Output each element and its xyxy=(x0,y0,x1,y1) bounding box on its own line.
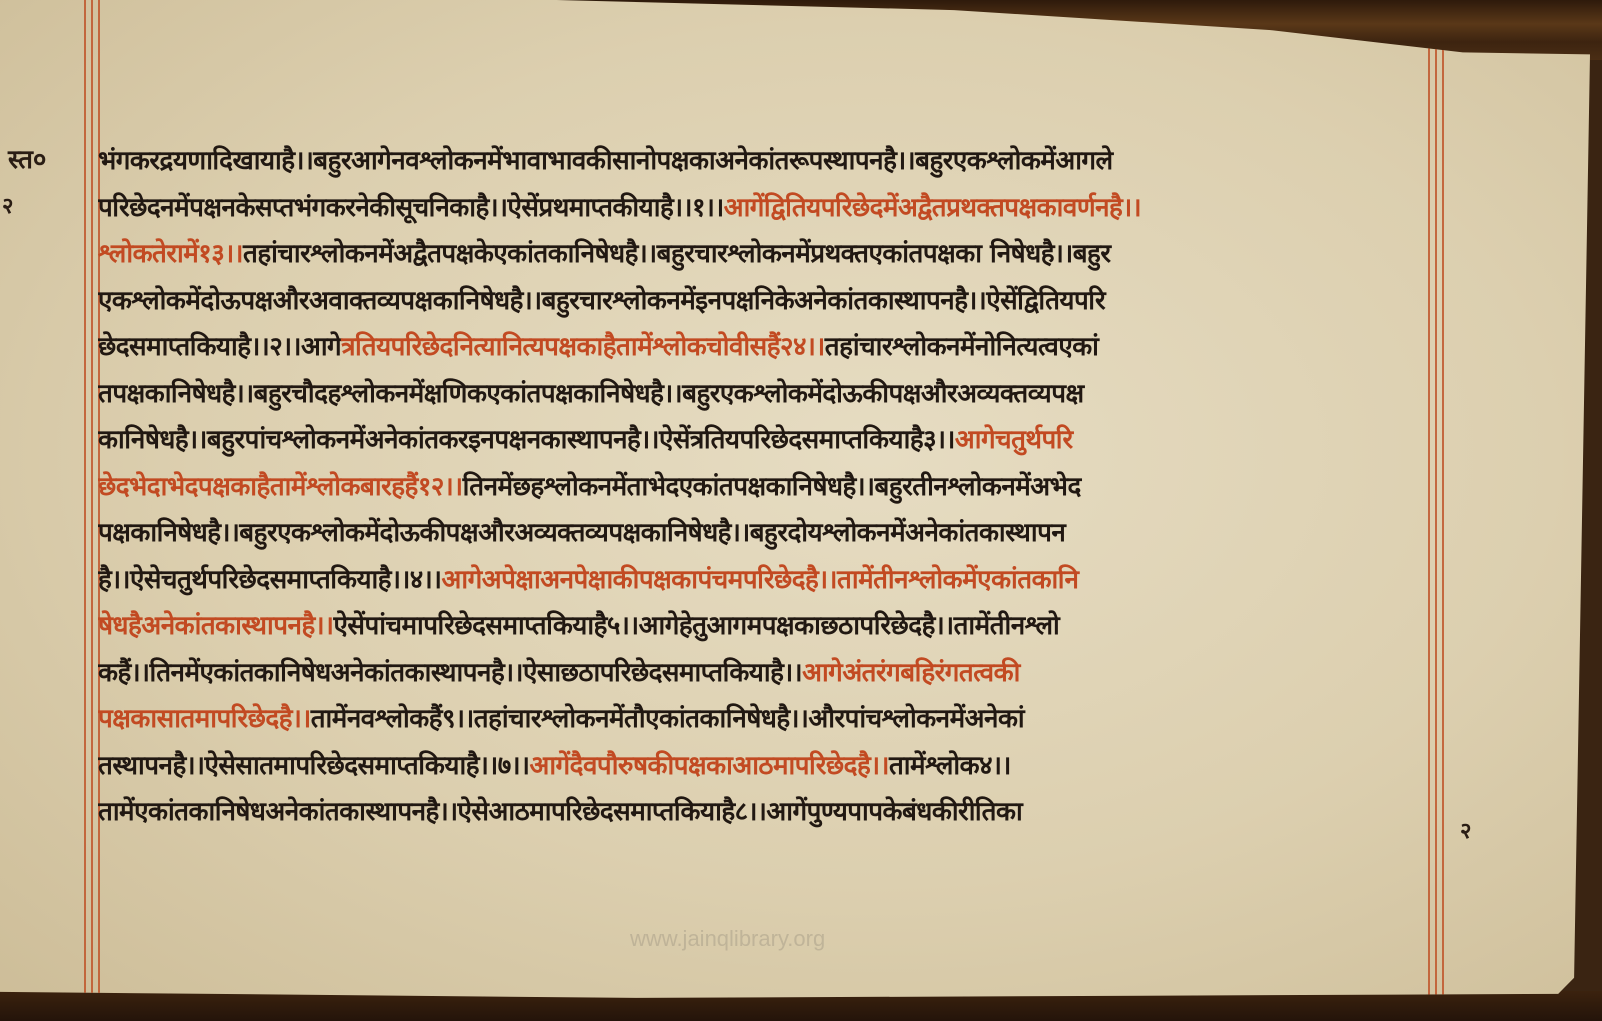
manuscript-line: है।।ऐसेचतुर्थपरिछेदसमाप्तकियाहै।।४।।आगेअ… xyxy=(98,557,1428,604)
body-text: तिनमेंछहश्लोकनमेंताभेदएकांतपक्षकानिषेधहै… xyxy=(463,472,1081,502)
left-border-rule xyxy=(91,0,93,1008)
body-text: तपक्षकानिषेधहै।।बहुरचौदहश्लोकनमेंक्षणिकए… xyxy=(98,379,1084,409)
manuscript-line: कानिषेधहै।।बहुरपांचश्लोकनमेंअनेकांतकरइनप… xyxy=(98,417,1428,464)
rubric-text: आगेअंतरंगबहिरंगतत्वकी xyxy=(802,658,1020,688)
body-text: भंगकरद्रयणादिखायाहै।।बहुरआगेनवश्लोकनमेंभ… xyxy=(98,146,1113,176)
body-text: तामेंश्लोक४।। xyxy=(889,751,1011,781)
manuscript-line: परिछेदनमेंपक्षनकेसप्तभंगकरनेकीसूचनिकाहै।… xyxy=(98,185,1428,232)
manuscript-line: तामेंएकांतकानिषेधअनेकांतकास्थापनहै।।ऐसेआ… xyxy=(98,789,1428,836)
body-text: तामेंएकांतकानिषेधअनेकांतकास्थापनहै।।ऐसेआ… xyxy=(98,797,1022,827)
manuscript-line: तपक्षकानिषेधहै।।बहुरचौदहश्लोकनमेंक्षणिकए… xyxy=(98,371,1428,418)
body-text: तामेंनवश्लोकहैं९।।तहांचारश्लोकनमेंतौएकां… xyxy=(311,704,1024,734)
body-text: तहांचारश्लोकनमेंअद्वैतपक्षकेएकांतकानिषेध… xyxy=(243,239,1110,269)
rubric-text: पक्षकासातमापरिछेदहै।। xyxy=(98,704,311,734)
right-border-rule xyxy=(1435,0,1437,1008)
watermark: www.jainqlibrary.org xyxy=(630,926,825,952)
body-text: कहैं।।तिनमेंएकांतकानिषेधअनेकांतकास्थापनह… xyxy=(98,658,802,688)
rubric-text: श्लोकतेरामें१३।। xyxy=(98,239,243,269)
rubric-text: छेदभेदाभेदपक्षकाहैतामेंश्लोकबारहहैं१२।। xyxy=(98,472,463,502)
manuscript-line: पक्षकासातमापरिछेदहै।।तामेंनवश्लोकहैं९।।त… xyxy=(98,696,1428,743)
manuscript-line: छेदसमाप्तकियाहै।।२।।आगेत्रतियपरिछेदनित्य… xyxy=(98,324,1428,371)
body-text: तस्थापनहै।।ऐसेसातमापरिछेदसमाप्तकियाहै।।७… xyxy=(98,751,529,781)
rubric-text: आगेचतुर्थपरि xyxy=(955,425,1073,455)
manuscript-line: षेधहैअनेकांतकास्थापनहै।।ऐसेंपांचमापरिछेद… xyxy=(98,603,1428,650)
rubric-text: त्रतियपरिछेदनित्यानित्यपक्षकाहैतामेंश्लो… xyxy=(341,332,825,362)
rubric-text: षेधहैअनेकांतकास्थापनहै।। xyxy=(98,611,334,641)
manuscript-line: श्लोकतेरामें१३।।तहांचारश्लोकनमेंअद्वैतपक… xyxy=(98,231,1428,278)
left-border-rule xyxy=(84,0,86,1008)
right-border-rule xyxy=(1428,0,1430,1008)
body-text: परिछेदनमेंपक्षनकेसप्तभंगकरनेकीसूचनिकाहै।… xyxy=(98,193,724,223)
manuscript-line: एकश्लोकमेंदोऊपक्षऔरअवाक्तव्यपक्षकानिषेधह… xyxy=(98,278,1428,325)
body-text: ऐसेंपांचमापरिछेदसमाप्तकियाहै५।।आगेहेतुआग… xyxy=(334,611,1060,641)
body-text: है।।ऐसेचतुर्थपरिछेदसमाप्तकियाहै।।४।। xyxy=(98,565,442,595)
body-text: कानिषेधहै।।बहुरपांचश्लोकनमेंअनेकांतकरइनप… xyxy=(98,425,955,455)
right-margin-folio-number: २ xyxy=(1460,815,1471,845)
body-text: एकश्लोकमेंदोऊपक्षऔरअवाक्तव्यपक्षकानिषेधह… xyxy=(98,286,1105,316)
left-margin-folio-number: २ xyxy=(2,190,13,220)
manuscript-line: भंगकरद्रयणादिखायाहै।।बहुरआगेनवश्लोकनमेंभ… xyxy=(98,138,1428,185)
rubric-text: आगेंदैवपौरुषकीपक्षकाआठमापरिछेदहै।। xyxy=(529,751,889,781)
body-text: तहांचारश्लोकनमेंनोनित्यत्वएकां xyxy=(825,332,1099,362)
manuscript-page: स्त० २ २ भंगकरद्रयणादिखायाहै।।बहुरआगेनवश… xyxy=(0,0,1590,1008)
manuscript-line: पक्षकानिषेधहै।।बहुरएकश्लोकमेंदोऊकीपक्षऔर… xyxy=(98,510,1428,557)
rubric-text: आगेअपेक्षाअनपेक्षाकीपक्षकापंचमपरिछेदहै।।… xyxy=(442,565,1079,595)
manuscript-line: तस्थापनहै।।ऐसेसातमापरिछेदसमाप्तकियाहै।।७… xyxy=(98,743,1428,790)
rubric-text: आगेंद्वितियपरिछेदमेंअद्वैतप्रथक्तपक्षकाव… xyxy=(724,193,1141,223)
body-text: छेदसमाप्तकियाहै।।२।।आगे xyxy=(98,332,341,362)
manuscript-text-block: भंगकरद्रयणादिखायाहै।।बहुरआगेनवश्लोकनमेंभ… xyxy=(98,138,1428,836)
manuscript-line: छेदभेदाभेदपक्षकाहैतामेंश्लोकबारहहैं१२।।त… xyxy=(98,464,1428,511)
body-text: पक्षकानिषेधहै।।बहुरएकश्लोकमेंदोऊकीपक्षऔर… xyxy=(98,518,1065,548)
right-border-rule xyxy=(1442,0,1444,1008)
manuscript-line: कहैं।।तिनमेंएकांतकानिषेधअनेकांतकास्थापनह… xyxy=(98,650,1428,697)
left-margin-folio-label: स्त० xyxy=(8,140,46,176)
